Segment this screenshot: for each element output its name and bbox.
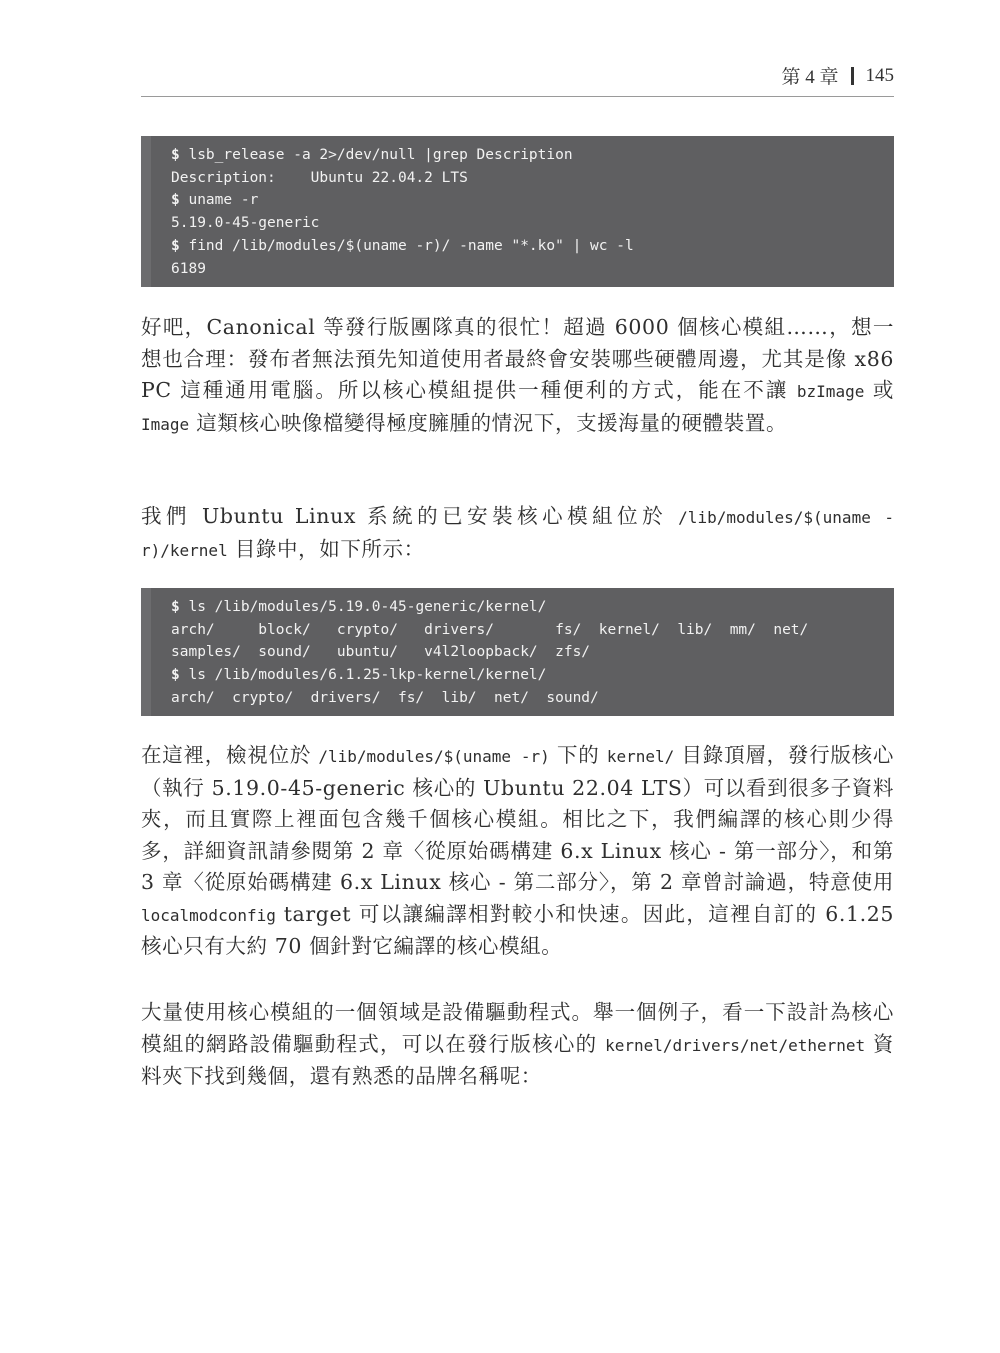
inline-code: bzImage bbox=[797, 382, 864, 401]
inline-code: kernel/drivers/net/ethernet bbox=[605, 1036, 865, 1055]
code-block-ls-modules: $ ls /lib/modules/5.19.0-45-generic/kern… bbox=[141, 588, 894, 716]
paragraph-modules-location: 我們 Ubuntu Linux 系統的已安裝核心模組位於 /lib/module… bbox=[141, 501, 894, 566]
inline-code: /lib/modules/$(uname -r) bbox=[318, 747, 549, 766]
paragraph-module-count: 好吧，Canonical 等發行版團隊真的很忙！超過 6000 個核心模組……，… bbox=[141, 312, 894, 440]
code-output: 6189 bbox=[171, 261, 206, 277]
code-line: $ ls /lib/modules/5.19.0-45-generic/kern… bbox=[171, 596, 894, 619]
text: 下的 bbox=[550, 743, 607, 767]
code-line: 5.19.0-45-generic bbox=[171, 212, 894, 235]
text: 在這裡，檢視位於 bbox=[141, 743, 318, 767]
code-output: samples/ sound/ ubuntu/ v4l2loopback/ zf… bbox=[171, 644, 590, 660]
header-label: 第 4 章 145 bbox=[781, 62, 894, 89]
text: 或 bbox=[864, 378, 894, 402]
code-line: $ uname -r bbox=[171, 189, 894, 212]
page-number: 145 bbox=[866, 65, 895, 87]
shell-prompt: $ bbox=[171, 147, 188, 163]
code-line: 6189 bbox=[171, 258, 894, 281]
code-text: ls /lib/modules/5.19.0-45-generic/kernel… bbox=[188, 599, 546, 615]
code-text: uname -r bbox=[188, 192, 258, 208]
header-separator bbox=[851, 67, 854, 85]
inline-code: kernel/ bbox=[607, 747, 674, 766]
code-output: 5.19.0-45-generic bbox=[171, 215, 319, 231]
shell-prompt: $ bbox=[171, 192, 188, 208]
code-line: arch/ block/ crypto/ drivers/ fs/ kernel… bbox=[171, 619, 894, 642]
paragraph-kernel-directory: 在這裡，檢視位於 /lib/modules/$(uname -r) 下的 ker… bbox=[141, 740, 894, 963]
text: 這類核心映像檔變得極度臃腫的情況下，支援海量的硬體裝置。 bbox=[189, 411, 787, 435]
chapter-label: 第 4 章 bbox=[781, 62, 838, 89]
code-output: arch/ crypto/ drivers/ fs/ lib/ net/ sou… bbox=[171, 690, 599, 706]
code-line: $ find /lib/modules/$(uname -r)/ -name "… bbox=[171, 235, 894, 258]
code-line: samples/ sound/ ubuntu/ v4l2loopback/ zf… bbox=[171, 641, 894, 664]
running-header: 第 4 章 145 bbox=[141, 60, 894, 97]
shell-prompt: $ bbox=[171, 599, 188, 615]
paragraph-device-drivers: 大量使用核心模組的一個領域是設備驅動程式。舉一個例子，看一下設計為核心模組的網路… bbox=[141, 997, 894, 1093]
shell-prompt: $ bbox=[171, 238, 188, 254]
code-line: arch/ crypto/ drivers/ fs/ lib/ net/ sou… bbox=[171, 687, 894, 710]
code-line: $ ls /lib/modules/6.1.25-lkp-kernel/kern… bbox=[171, 664, 894, 687]
code-text: find /lib/modules/$(uname -r)/ -name "*.… bbox=[188, 238, 633, 254]
code-line: $ lsb_release -a 2>/dev/null |grep Descr… bbox=[171, 144, 894, 167]
code-block-lsb-release: $ lsb_release -a 2>/dev/null |grep Descr… bbox=[141, 136, 894, 287]
code-line: Description: Ubuntu 22.04.2 LTS bbox=[171, 167, 894, 190]
shell-prompt: $ bbox=[171, 667, 188, 683]
text: 我們 Ubuntu Linux 系統的已安裝核心模組位於 bbox=[141, 504, 678, 528]
inline-code: Image bbox=[141, 415, 189, 434]
text: 目錄中，如下所示： bbox=[228, 537, 425, 561]
code-text: ls /lib/modules/6.1.25-lkp-kernel/kernel… bbox=[188, 667, 546, 683]
code-output: Description: Ubuntu 22.04.2 LTS bbox=[171, 170, 468, 186]
text: 好吧，Canonical 等發行版團隊真的很忙！超過 6000 個核心模組……，… bbox=[141, 315, 894, 402]
code-output: arch/ block/ crypto/ drivers/ fs/ kernel… bbox=[171, 622, 808, 638]
code-text: lsb_release -a 2>/dev/null |grep Descrip… bbox=[188, 147, 572, 163]
inline-code: localmodconfig bbox=[141, 906, 276, 925]
